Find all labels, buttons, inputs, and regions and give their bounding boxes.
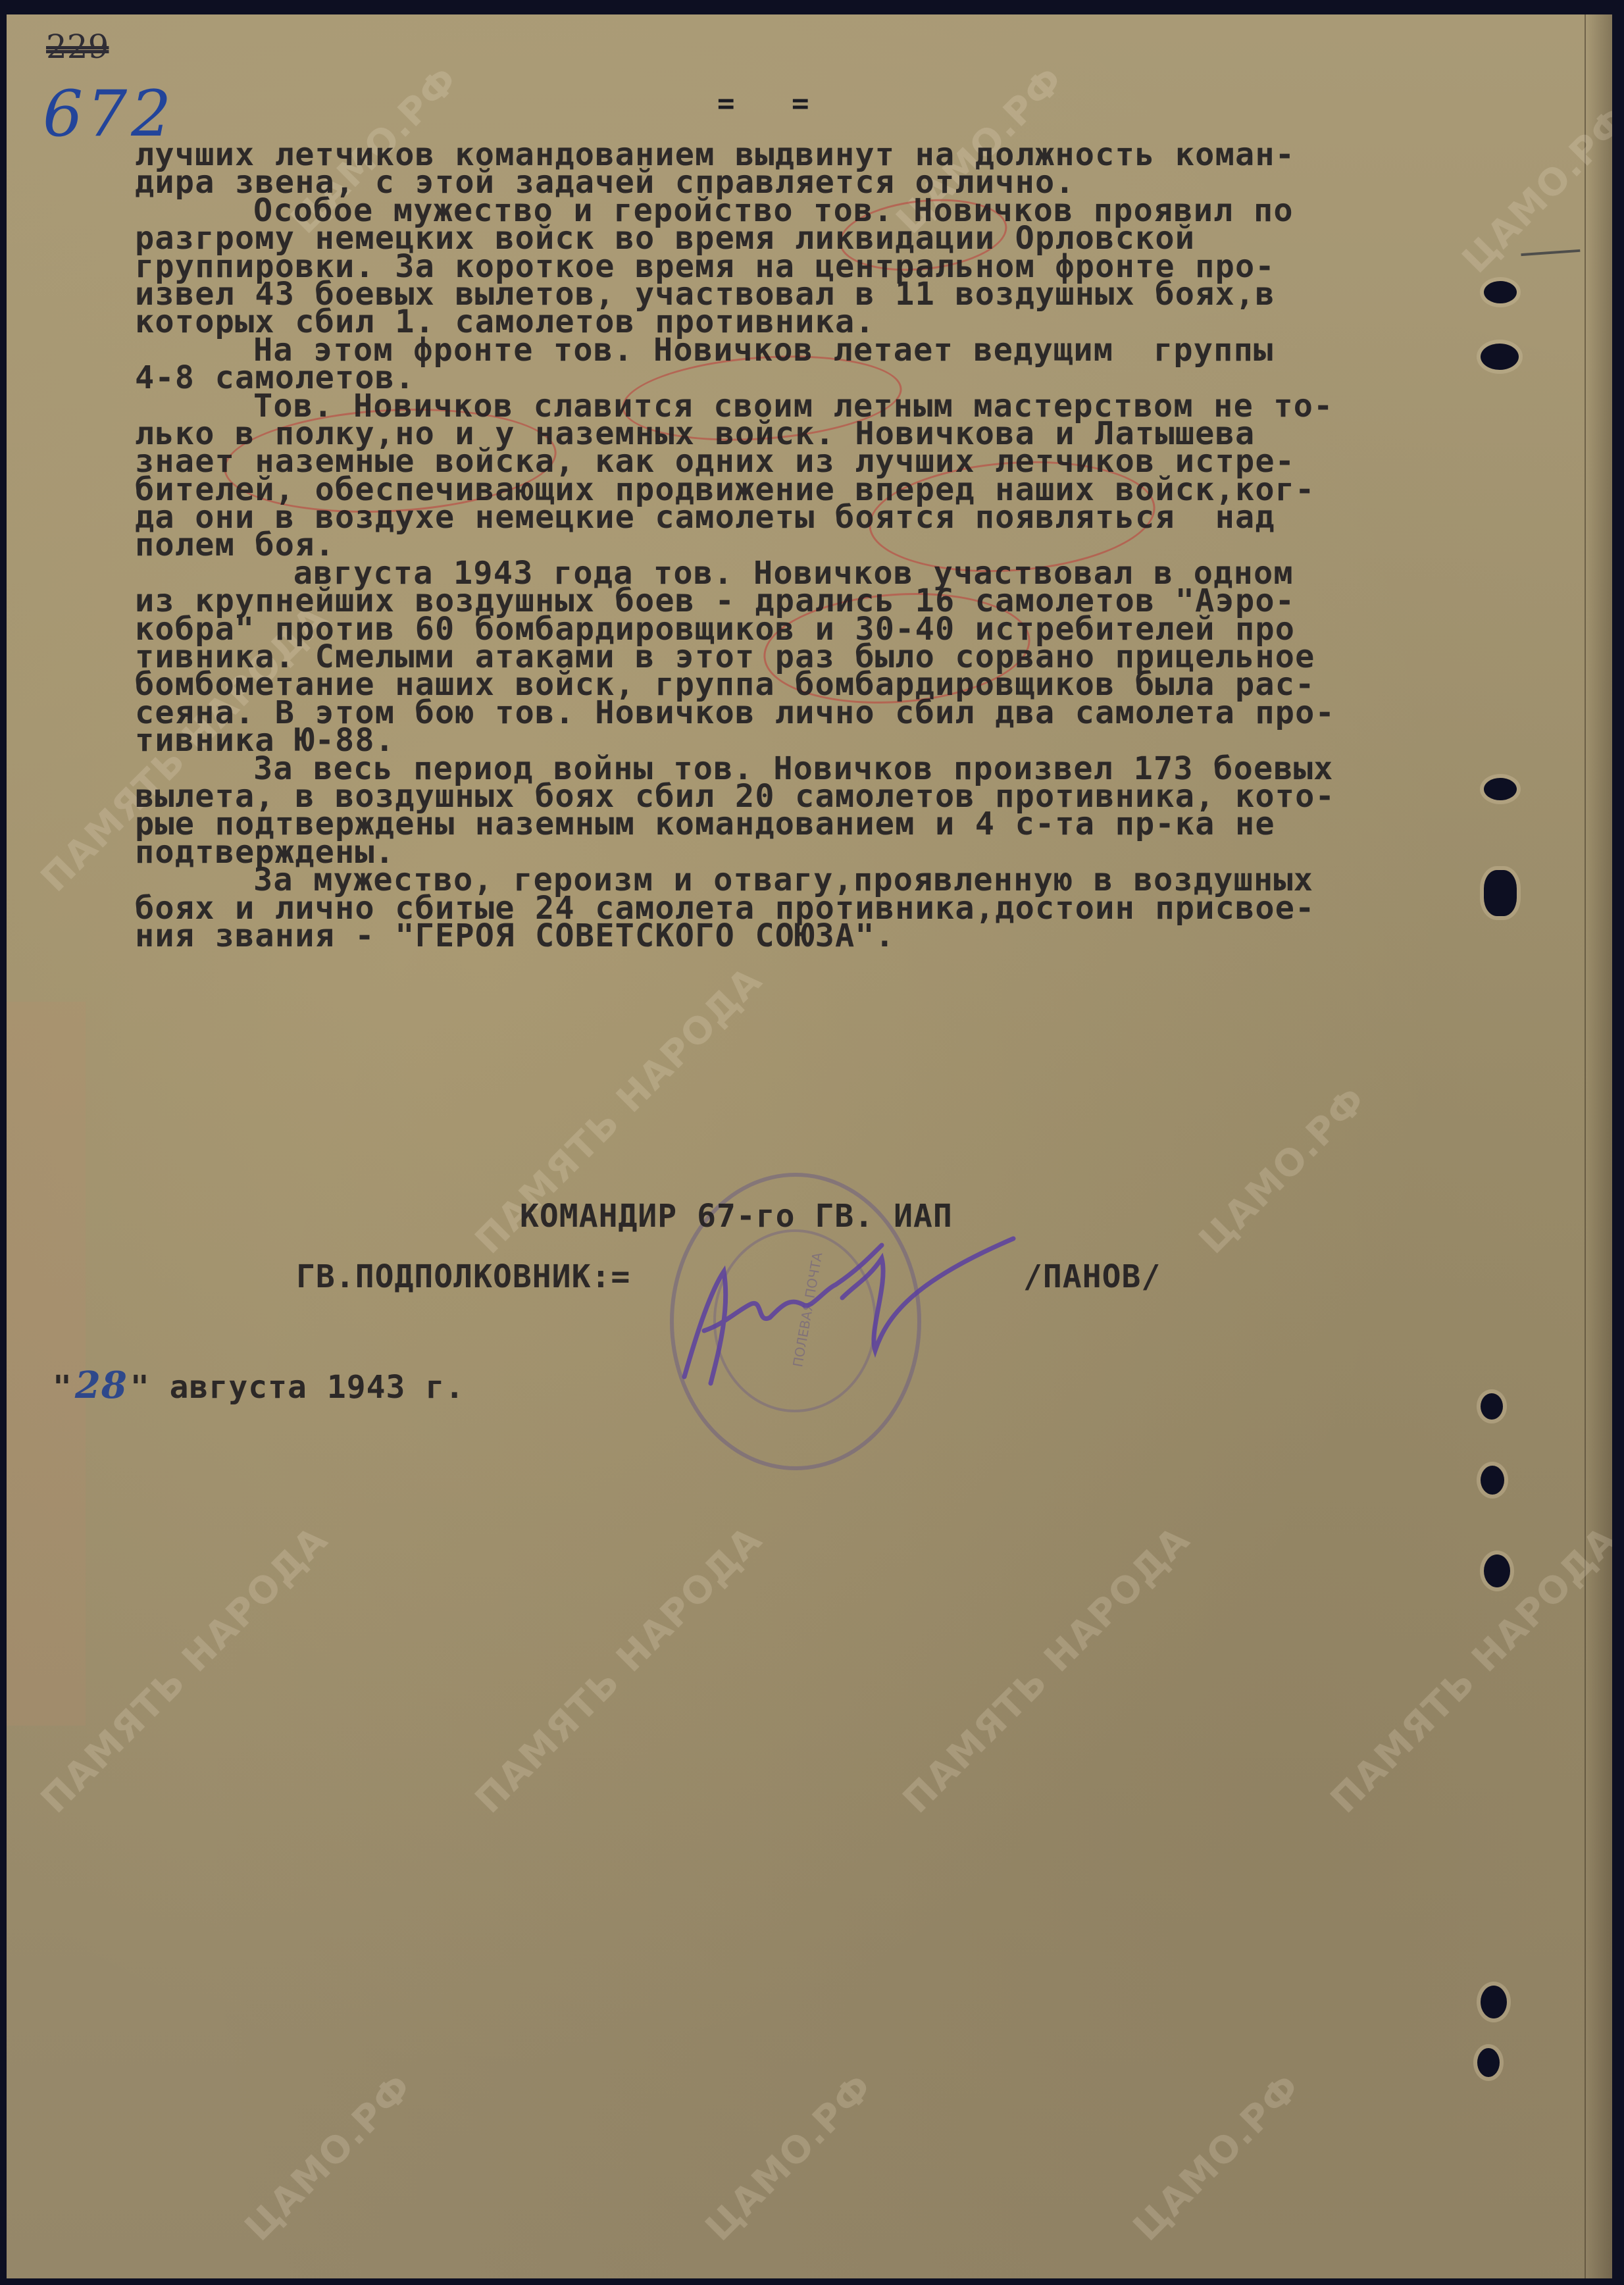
- binder-hole: [1481, 344, 1519, 370]
- watermark: ЦАМО.РФ: [237, 2065, 421, 2249]
- watermark: ЦАМО.РФ: [1191, 1078, 1375, 1262]
- binder-hole: [1484, 281, 1517, 303]
- document-date: "28" августа 1943 г.: [53, 1364, 465, 1407]
- watermark: ПАМЯТЬ НАРОДА: [1323, 1518, 1612, 1822]
- margin-pencil-mark: [1519, 223, 1581, 256]
- signatory-rank: ГВ.ПОДПОЛКОВНИК:=: [296, 1258, 630, 1295]
- watermark: ЦАМО.РФ: [1125, 2065, 1309, 2249]
- watermark: ПАМЯТЬ НАРОДА: [467, 1518, 771, 1822]
- date-month-year: августа 1943 г.: [170, 1369, 465, 1406]
- binder-hole: [1481, 1466, 1504, 1495]
- date-open-quote: ": [53, 1369, 72, 1406]
- signatory-title: КОМАНДИР 67-го ГВ. ИАП: [520, 1198, 953, 1235]
- binder-hole: [1477, 2048, 1500, 2077]
- date-close-quote: ": [130, 1369, 150, 1406]
- paper-edge: [1585, 14, 1612, 2278]
- archive-number-struck: 229: [46, 28, 109, 66]
- document-page: ЦАМО.РФ ЦАМО.РФ ЦАМО.РФ ПАМЯТЬ НАРОДА ПА…: [7, 14, 1612, 2278]
- handwritten-signature: [671, 1232, 1027, 1390]
- watermark: ЦАМО.РФ: [698, 2065, 882, 2249]
- binder-hole: [1484, 1554, 1510, 1587]
- binder-hole: [1481, 1393, 1503, 1420]
- binder-hole: [1481, 1986, 1507, 2018]
- binder-hole: [1484, 778, 1517, 800]
- document-body: лучших летчиков командованием выдвинут н…: [135, 141, 1444, 950]
- page-marker: = =: [717, 87, 828, 120]
- date-day-handwritten: 28: [72, 1364, 130, 1407]
- watermark: ПАМЯТЬ НАРОДА: [895, 1518, 1198, 1822]
- binder-hole: [1484, 870, 1517, 916]
- signatory-name: /ПАНОВ/: [1023, 1258, 1161, 1295]
